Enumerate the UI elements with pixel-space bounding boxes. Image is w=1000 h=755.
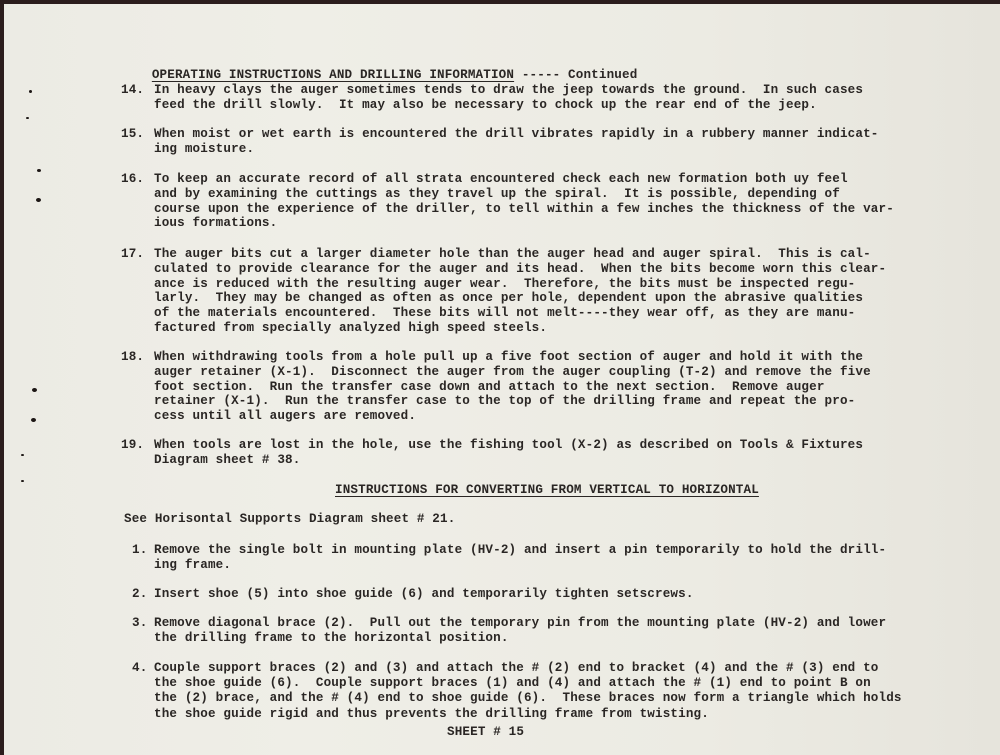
section-reference: See Horisontal Supports Diagram sheet # … bbox=[124, 512, 455, 526]
operating-item-text-line: ance is reduced with the resulting auger… bbox=[154, 277, 855, 292]
operating-item-text-line: ious formations. bbox=[154, 216, 277, 231]
conversion-step-text-line: Remove diagonal brace (2). Pull out the … bbox=[154, 616, 886, 631]
margin-dot bbox=[21, 454, 24, 456]
operating-item-text-line: factured from specially analyzed high sp… bbox=[154, 321, 547, 336]
operating-item-text-line: ing moisture. bbox=[154, 142, 254, 157]
conversion-step-text-line: the shoe guide rigid and thus prevents t… bbox=[154, 707, 709, 722]
conversion-step-number: 2. bbox=[132, 587, 147, 602]
operating-item-text-line: feed the drill slowly. It may also be ne… bbox=[154, 98, 817, 113]
conversion-step-text-line: the shoe guide (6). Couple support brace… bbox=[154, 676, 871, 691]
operating-item-text-line: When withdrawing tools from a hole pull … bbox=[154, 350, 863, 365]
operating-item-text-line: larly. They may be changed as often as o… bbox=[154, 291, 863, 306]
margin-dot bbox=[26, 117, 29, 119]
margin-dot bbox=[32, 388, 37, 392]
operating-item-text-line: auger retainer (X-1). Disconnect the aug… bbox=[154, 365, 871, 380]
operating-item-text-line: and by examining the cuttings as they tr… bbox=[154, 187, 840, 202]
conversion-step-text-line: Insert shoe (5) into shoe guide (6) and … bbox=[154, 587, 694, 602]
margin-dot bbox=[31, 418, 36, 422]
margin-dot bbox=[37, 169, 41, 172]
conversion-step-text-line: the (2) brace, and the # (4) end to shoe… bbox=[154, 691, 902, 706]
margin-dot bbox=[29, 90, 32, 93]
operating-item-text-line: retainer (X-1). Run the transfer case to… bbox=[154, 394, 855, 409]
operating-item-text-line: When tools are lost in the hole, use the… bbox=[154, 438, 863, 453]
operating-item-text-line: culated to provide clearance for the aug… bbox=[154, 262, 886, 277]
conversion-step-number: 4. bbox=[132, 661, 147, 676]
margin-dot bbox=[21, 480, 24, 482]
conversion-step-text-line: Couple support braces (2) and (3) and at… bbox=[154, 661, 879, 676]
operating-item-text-line: cess until all augers are removed. bbox=[154, 409, 416, 424]
conversion-step-text-line: the drilling frame to the horizontal pos… bbox=[154, 631, 509, 646]
section-title: INSTRUCTIONS FOR CONVERTING FROM VERTICA… bbox=[335, 483, 759, 497]
operating-item-number: 17. bbox=[121, 247, 144, 262]
header-title: OPERATING INSTRUCTIONS AND DRILLING INFO… bbox=[152, 68, 514, 82]
operating-item-text-line: In heavy clays the auger sometimes tends… bbox=[154, 83, 863, 98]
sheet-number: SHEET # 15 bbox=[447, 725, 524, 739]
conversion-step-text-line: ing frame. bbox=[154, 558, 231, 573]
conversion-step-number: 1. bbox=[132, 543, 147, 558]
operating-item-text-line: When moist or wet earth is encountered t… bbox=[154, 127, 879, 142]
operating-item-text-line: The auger bits cut a larger diameter hol… bbox=[154, 247, 871, 262]
operating-item-text-line: Diagram sheet # 38. bbox=[154, 453, 300, 468]
operating-item-text-line: of the materials encountered. These bits… bbox=[154, 306, 855, 321]
operating-item-number: 15. bbox=[121, 127, 144, 142]
operating-item-number: 18. bbox=[121, 350, 144, 365]
conversion-step-number: 3. bbox=[132, 616, 147, 631]
document-page: OPERATING INSTRUCTIONS AND DRILLING INFO… bbox=[4, 4, 1000, 755]
operating-item-number: 16. bbox=[121, 172, 144, 187]
conversion-step-text-line: Remove the single bolt in mounting plate… bbox=[154, 543, 886, 558]
operating-item-text-line: course upon the experience of the drille… bbox=[154, 202, 894, 217]
operating-item-text-line: foot section. Run the transfer case down… bbox=[154, 380, 825, 395]
header-suffix: ----- Continued bbox=[514, 68, 637, 82]
operating-item-number: 19. bbox=[121, 438, 144, 453]
margin-dot bbox=[36, 198, 41, 202]
operating-item-number: 14. bbox=[121, 83, 144, 98]
operating-item-text-line: To keep an accurate record of all strata… bbox=[154, 172, 848, 187]
